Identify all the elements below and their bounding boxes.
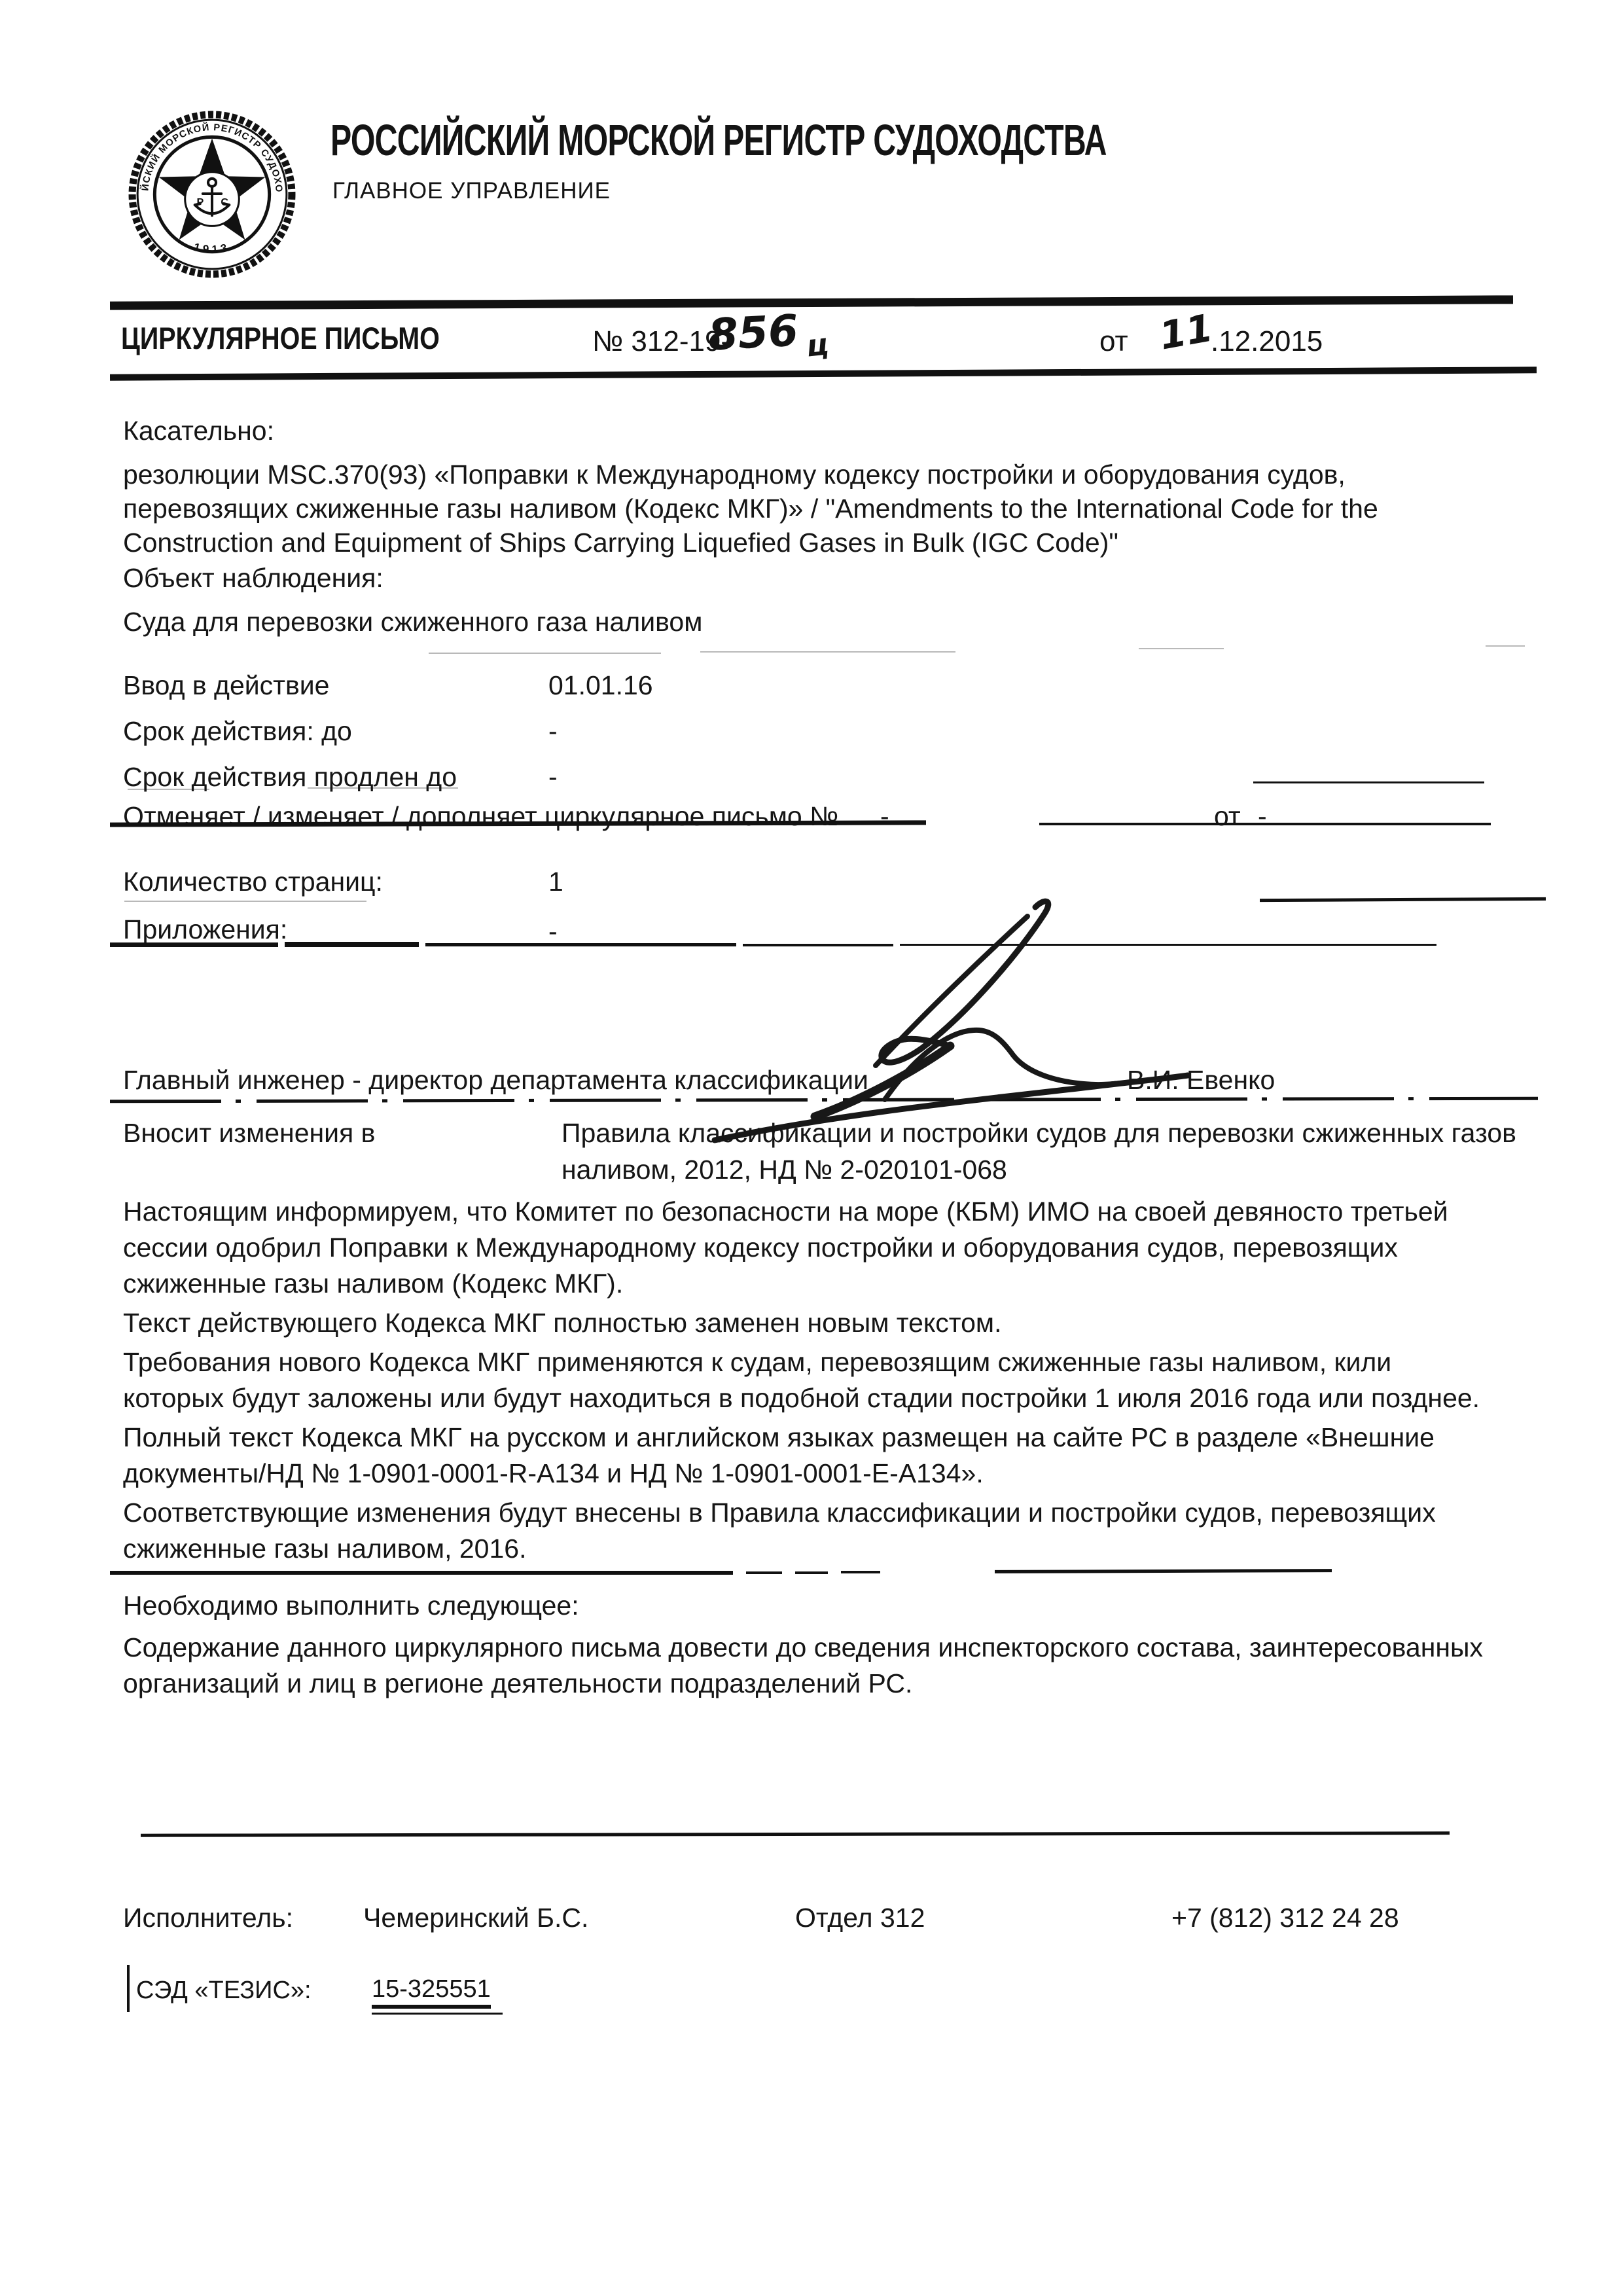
- field-value-extended: -: [548, 761, 558, 793]
- executor-phone: +7 (812) 312 24 28: [1171, 1901, 1399, 1934]
- scan-artifact-line: [700, 651, 955, 653]
- footer-rule: [141, 1831, 1450, 1837]
- blank-line: [1260, 897, 1546, 902]
- letter-number-suffix-handwritten: ц: [804, 326, 830, 363]
- amendments-line: наливом, 2012, НД № 2-020101-068: [562, 1153, 1007, 1186]
- body-line: документы/НД № 1-0901-0001-R-A134 и НД №…: [123, 1457, 984, 1490]
- signature-rule: [110, 1097, 1538, 1103]
- action-line: организаций и лиц в регионе деятельности…: [123, 1667, 912, 1700]
- field-label-extended: Срок действия продлен до: [123, 761, 457, 793]
- date-day-handwritten: 11: [1156, 306, 1216, 359]
- field-value-pages: 1: [548, 865, 563, 898]
- sed-margin-bar: [127, 1965, 130, 2012]
- field-label-pages: Количество страниц:: [123, 865, 383, 898]
- sed-number-second-underline: [372, 2013, 503, 2015]
- executor-name: Чемеринский Б.С.: [363, 1901, 588, 1934]
- logo-right-letter: С: [221, 196, 228, 208]
- scan-artifact-line: [124, 901, 366, 902]
- body-line: Требования нового Кодекса МКГ применяютс…: [123, 1346, 1391, 1378]
- subject-line: перевозящих сжиженные газы наливом (Коде…: [123, 492, 1378, 525]
- body-line: сессии одобрил Поправки к Международному…: [123, 1231, 1398, 1264]
- action-label: Необходимо выполнить следующее:: [123, 1589, 579, 1622]
- object-label: Объект наблюдения:: [123, 562, 383, 594]
- letter-number-handwritten: 856: [707, 305, 800, 360]
- section-rule-seg: [110, 1571, 733, 1575]
- amendments-label: Вносит изменения в: [123, 1117, 375, 1149]
- field-label-effective: Ввод в действие: [123, 669, 329, 702]
- subject-line: резолюции MSC.370(93) «Поправки к Междун…: [123, 458, 1346, 491]
- annexes-line-seg: [110, 942, 278, 947]
- body-line: сжиженные газы наливом, 2016.: [123, 1532, 526, 1565]
- section-rule-seg: [841, 1571, 880, 1573]
- scan-artifact-line: [1486, 645, 1525, 647]
- annexes-line-seg: [743, 944, 893, 946]
- sed-number: 15-325551: [372, 1975, 491, 2009]
- field-value-effective: 01.01.16: [548, 669, 653, 702]
- body-line: Настоящим информируем, что Комитет по бе…: [123, 1195, 1448, 1228]
- field-label-cancels: Отменяет / изменяет / дополняет циркуляр…: [123, 800, 838, 833]
- logo-left-letter: Р: [196, 196, 204, 208]
- org-name: РОССИЙСКИЙ МОРСКОЙ РЕГИСТР СУДОХОДСТВА: [330, 115, 1107, 166]
- field-value-cancels-from: -: [1258, 800, 1267, 833]
- doc-type-title: ЦИРКУЛЯРНОЕ ПИСЬМО: [121, 320, 440, 356]
- org-department: ГЛАВНОЕ УПРАВЛЕНИЕ: [332, 178, 611, 204]
- field-label-annexes: Приложения:: [123, 913, 287, 946]
- signatory-position: Главный инженер - директор департамента …: [123, 1064, 868, 1096]
- body-line: Соответствующие изменения будут внесены …: [123, 1496, 1436, 1529]
- sed-label: СЭД «ТЕЗИС»:: [136, 1977, 312, 2005]
- annexes-line-seg: [425, 943, 736, 946]
- field-value-cancels: -: [880, 800, 889, 833]
- annexes-line-seg: [285, 942, 419, 947]
- action-line: Содержание данного циркулярного письма д…: [123, 1631, 1483, 1664]
- annexes-line-seg: [900, 944, 1436, 946]
- body-line: сжиженные газы наливом (Кодекс МКГ).: [123, 1267, 623, 1300]
- svg-text:1913: 1913: [192, 240, 231, 256]
- object-value: Суда для перевозки сжиженного газа налив…: [123, 605, 702, 638]
- field-label-cancels-from: от: [1214, 800, 1241, 833]
- scan-artifact-line: [429, 653, 661, 654]
- field-value-valid-until: -: [548, 715, 558, 747]
- signatory-name: В.И. Евенко: [1127, 1064, 1275, 1096]
- scan-artifact-line: [1139, 648, 1224, 649]
- scanned-circular-letter: РОССИЙСКИЙ МОРСКОЙ РЕГИСТР СУДОХОДСТВА 1…: [0, 0, 1623, 2296]
- header-rule-bottom: [110, 367, 1537, 380]
- subject-line: Construction and Equipment of Ships Carr…: [123, 526, 1118, 559]
- body-line: Полный текст Кодекса МКГ на русском и ан…: [123, 1421, 1435, 1454]
- amendments-line: Правила классификации и постройки судов …: [562, 1117, 1516, 1149]
- section-rule-seg: [795, 1571, 828, 1574]
- cancels-underline-right: [1039, 823, 1491, 825]
- body-line: которых будут заложены или будут находит…: [123, 1382, 1480, 1414]
- header-rule-top: [110, 295, 1513, 310]
- logo-year: 1913: [192, 240, 231, 256]
- executor-department: Отдел 312: [795, 1901, 925, 1934]
- body-line: Текст действующего Кодекса МКГ полностью…: [123, 1306, 1002, 1339]
- date-label: от: [1099, 325, 1128, 358]
- date-rest: .12.2015: [1211, 325, 1323, 358]
- subject-label: Касательно:: [123, 414, 274, 447]
- register-seal-logo: РОССИЙСКИЙ МОРСКОЙ РЕГИСТР СУДОХОДСТВА 1…: [126, 109, 298, 280]
- executor-label: Исполнитель:: [123, 1901, 293, 1934]
- field-label-valid-until: Срок действия: до: [123, 715, 352, 747]
- section-rule-seg: [746, 1571, 782, 1574]
- section-rule-seg: [995, 1569, 1332, 1573]
- blank-line: [1253, 781, 1484, 783]
